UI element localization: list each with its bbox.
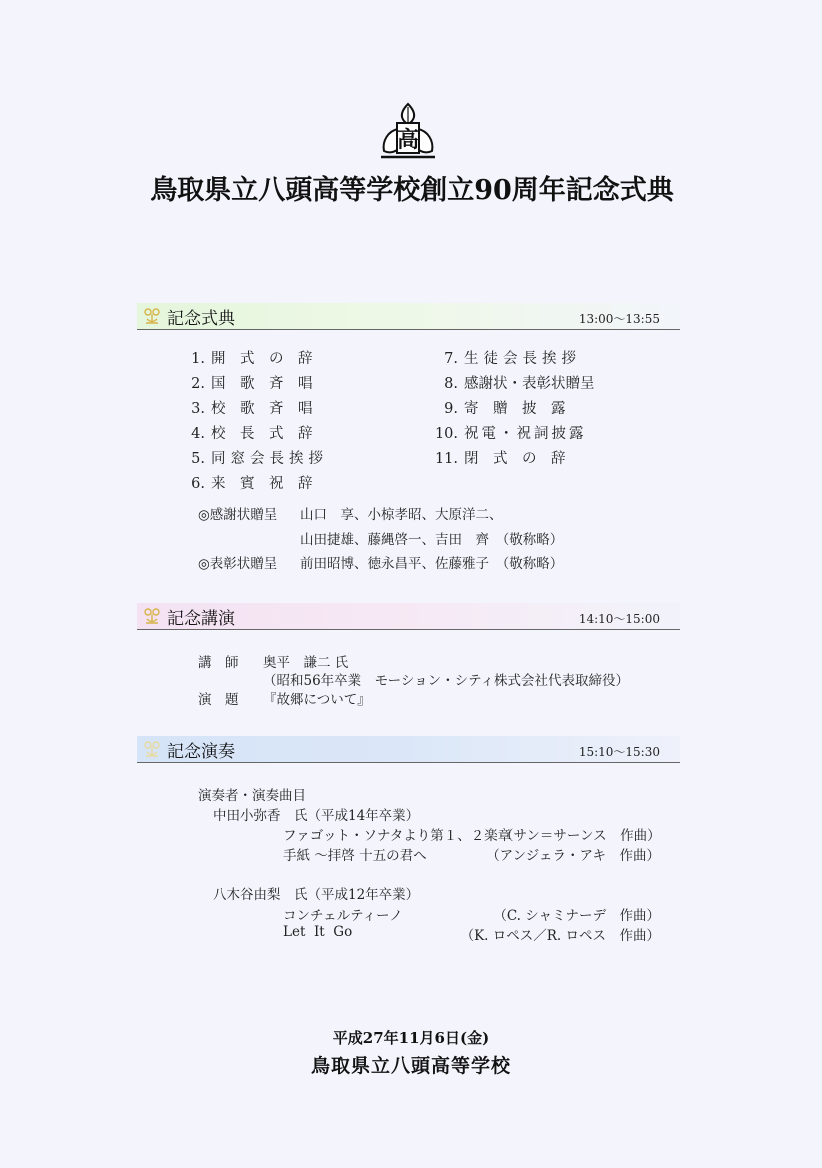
section-time: 14:10～15:00 (579, 610, 660, 627)
program-item: 3.校 歌 斉 唱 (185, 397, 313, 418)
section-header-ceremony: 記念式典 13:00～13:55 (137, 303, 680, 330)
section-title: 記念式典 (167, 304, 235, 329)
section-title: 記念演奏 (167, 737, 235, 762)
program-item: 2.国 歌 斉 唱 (185, 372, 313, 393)
piece-composer: （アンジェラ・アキ 作曲） (480, 844, 660, 864)
piece-composer: （サン＝サーンス 作曲） (500, 824, 660, 844)
piece-title: ファゴット・ソナタより第１、２楽章 (283, 824, 511, 844)
section-time: 15:10～15:30 (579, 743, 660, 760)
section-time: 13:00～13:55 (579, 310, 660, 327)
performer-name: 中田小弥香 氏（平成14年卒業） (213, 804, 419, 824)
performer-name: 八木谷由梨 氏（平成12年卒業） (213, 883, 419, 903)
page-title: 鳥取県立八頭高等学校創立90周年記念式典 (112, 168, 712, 207)
section-title: 記念講演 (167, 604, 235, 629)
school-name: 鳥取県立八頭高等学校 (290, 1051, 532, 1078)
award-thanks-names: 山口 享、小椋孝昭、大原洋二、 (300, 503, 503, 523)
award-commend-label: ◎表彰状贈呈 (198, 552, 277, 572)
ornament-icon (143, 307, 161, 325)
performance-heading: 演奏者・演奏曲目 (198, 784, 306, 804)
ornament-icon (143, 740, 161, 758)
ornament-icon (143, 607, 161, 625)
program-item: 8.感謝状・表彰状贈呈 (430, 372, 595, 393)
program-item: 5.同窓会長挨拶 (185, 447, 328, 468)
speaker-note: （昭和56年卒業 モーション・シティ株式会社代表取締役） (263, 669, 629, 689)
award-thanks-names-cont: 山田捷雄、藤縄啓一、吉田 齊 （敬称略） (300, 528, 563, 548)
program-item: 9.寄 贈 披 露 (430, 397, 566, 418)
program-item: 4.校 長 式 辞 (185, 422, 313, 443)
program-item: 11.閉 式 の 辞 (430, 447, 566, 468)
speaker-label: 講 師 (198, 651, 239, 671)
program-item: 6.来 賓 祝 辞 (185, 472, 313, 493)
svg-text:高: 高 (397, 127, 419, 153)
program-item: 10.祝電・祝詞披露 (430, 422, 587, 443)
program-page: 高 鳥取県立八頭高等学校創立90周年記念式典 記念式典 13:00～13:55 … (0, 0, 822, 1168)
award-commend-names: 前田昭博、徳永昌平、佐藤雅子 （敬称略） (300, 552, 563, 572)
award-thanks-label: ◎感謝状贈呈 (198, 503, 277, 523)
section-header-performance: 記念演奏 15:10～15:30 (137, 736, 680, 763)
program-item: 7.生徒会長挨拶 (430, 347, 581, 368)
program-item: 1.開 式 の 辞 (185, 347, 313, 368)
topic-label: 演 題 (198, 688, 239, 708)
speaker-name: 奥平 謙二 氏 (263, 651, 348, 671)
event-date: 平成27年11月6日(金) (300, 1027, 522, 1048)
section-header-lecture: 記念講演 14:10～15:00 (137, 603, 680, 630)
piece-title: 手紙 ～拝啓 十五の君へ (283, 844, 427, 864)
piece-composer: （C. シャミナーデ 作曲） (480, 904, 660, 924)
piece-title: コンチェルティーノ (283, 904, 403, 924)
piece-composer: （K. ロペス／R. ロペス 作曲） (460, 924, 660, 944)
topic-title: 『故郷について』 (263, 688, 371, 708)
school-emblem-icon: 高 (378, 101, 438, 159)
piece-title: Let It Go (283, 924, 352, 940)
